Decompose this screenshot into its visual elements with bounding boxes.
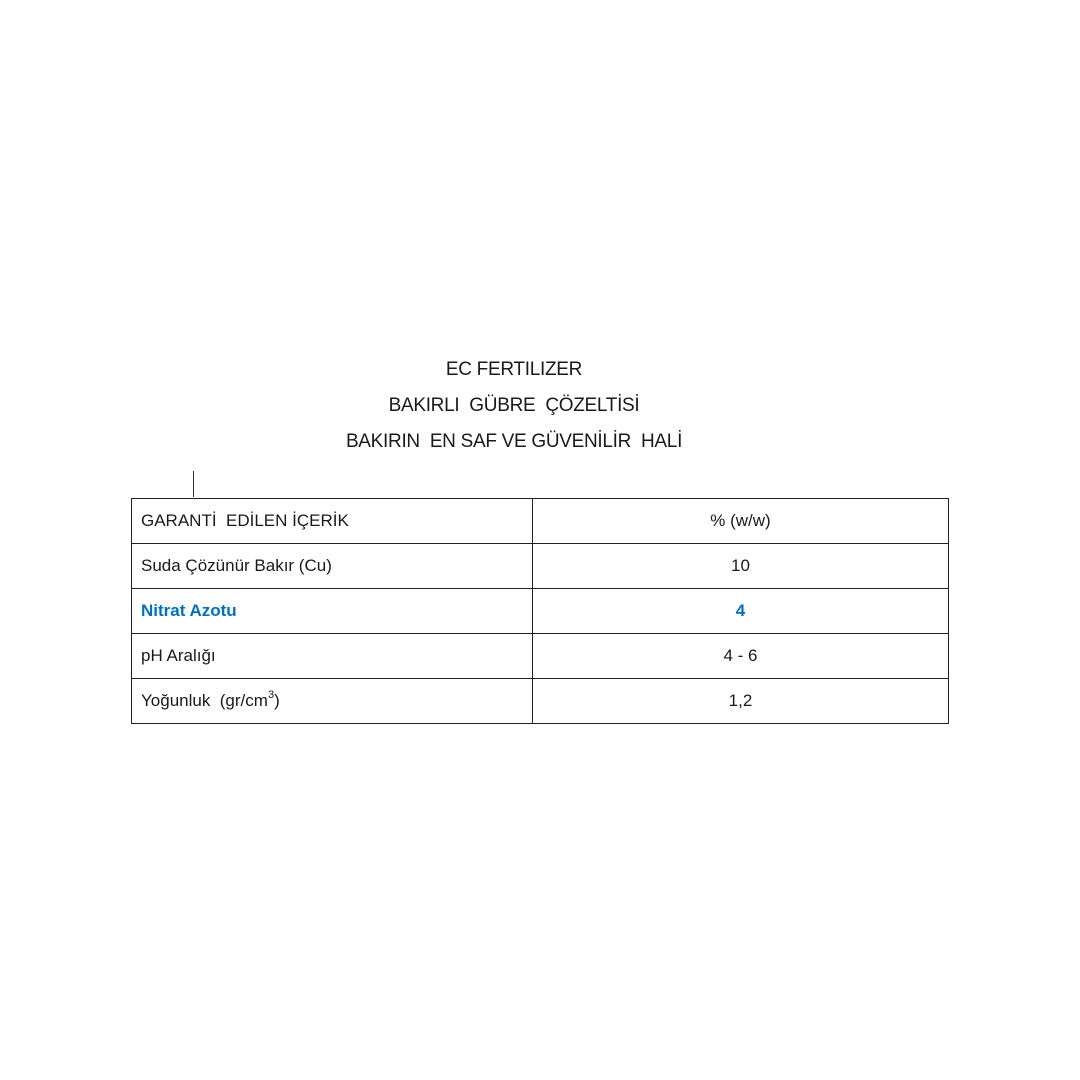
table-header-row: GARANTİ EDİLEN İÇERİK % (w/w)	[132, 499, 949, 544]
row-label-superscript: 3	[268, 689, 274, 701]
row-value: 4	[533, 589, 949, 634]
row-value: 4 - 6	[533, 634, 949, 679]
title-line-tagline: BAKIRIN EN SAF VE GÜVENİLİR HALİ	[0, 424, 1028, 460]
row-label-main: Yoğunluk (gr/cm	[141, 691, 268, 710]
header-label: GARANTİ EDİLEN İÇERİK	[132, 499, 533, 544]
table-row: Yoğunluk (gr/cm3) 1,2	[132, 679, 949, 724]
row-value: 10	[533, 544, 949, 589]
row-label: Nitrat Azotu	[132, 589, 533, 634]
row-label: Yoğunluk (gr/cm3)	[132, 679, 533, 724]
document-title: EC FERTILIZER BAKIRLI GÜBRE ÇÖZELTİSİ BA…	[0, 352, 1028, 460]
header-value: % (w/w)	[533, 499, 949, 544]
row-value: 1,2	[533, 679, 949, 724]
title-line-product: EC FERTILIZER	[0, 352, 1028, 388]
table-row: Nitrat Azotu 4	[132, 589, 949, 634]
row-label-end: )	[274, 691, 280, 710]
title-line-subtitle: BAKIRLI GÜBRE ÇÖZELTİSİ	[0, 388, 1028, 424]
row-label: pH Aralığı	[132, 634, 533, 679]
row-label: Suda Çözünür Bakır (Cu)	[132, 544, 533, 589]
table-row: pH Aralığı 4 - 6	[132, 634, 949, 679]
text-cursor-mark	[193, 471, 194, 497]
guaranteed-content-table: GARANTİ EDİLEN İÇERİK % (w/w) Suda Çözün…	[131, 498, 949, 724]
table-row: Suda Çözünür Bakır (Cu) 10	[132, 544, 949, 589]
